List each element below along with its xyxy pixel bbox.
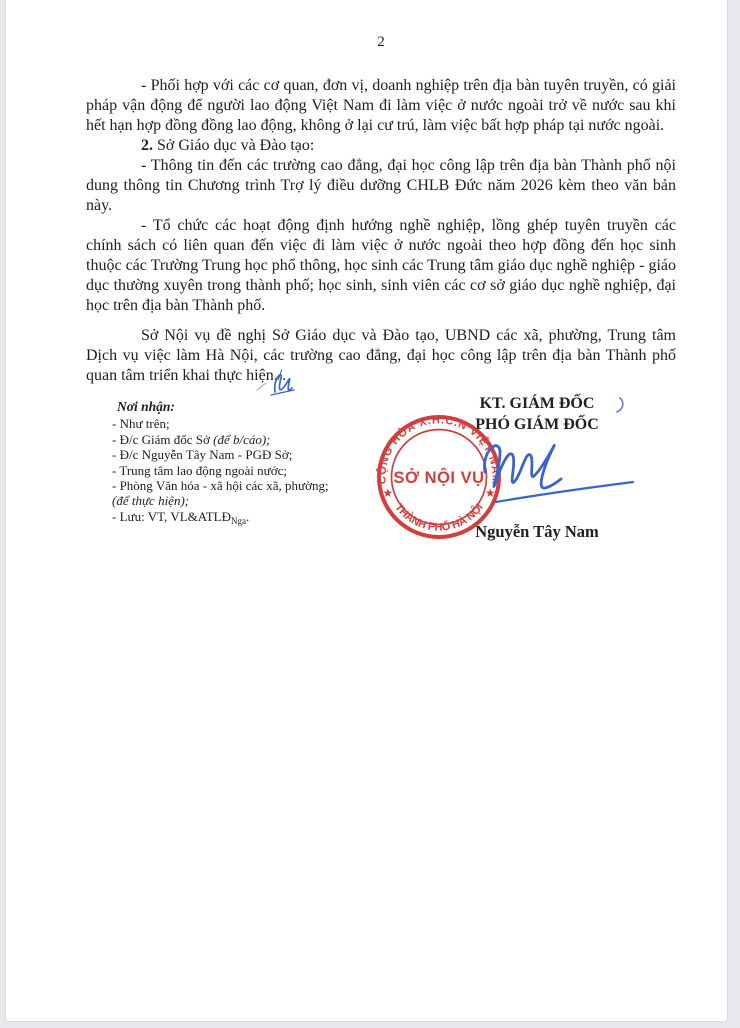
initials-paraph — [251, 366, 301, 402]
section-number: 2. — [141, 137, 153, 154]
handwritten-signature — [471, 432, 646, 512]
document-body: - Phối hợp với các cơ quan, đơn vị, doan… — [86, 76, 676, 386]
recipient-text: - Lưu: VT, VL&ATLĐ — [112, 509, 231, 524]
kt-line-pen-mark — [613, 396, 629, 414]
paragraph-thong-tin: - Thông tin đến các trường cao đẳng, đại… — [86, 156, 676, 216]
paragraph-closing: Sở Nội vụ đề nghị Sở Giáo dục và Đào tạo… — [86, 326, 676, 386]
seal-left-star-icon: ★ — [382, 486, 393, 500]
document-page: 2 - Phối hợp với các cơ quan, đơn vị, do… — [5, 0, 728, 1022]
section-title: Sở Giáo dục và Đào tạo: — [153, 137, 314, 154]
recipient-text: - Đ/c Giám đốc Sở — [112, 432, 213, 447]
paragraph-cooperation: - Phối hợp với các cơ quan, đơn vị, doan… — [86, 76, 676, 136]
paragraph-to-chuc: - Tổ chức các hoạt động định hướng nghề … — [86, 216, 676, 316]
recipient-text: . — [246, 509, 249, 524]
page-number: 2 — [86, 34, 676, 51]
recipient-clerk-initials: Nga — [231, 516, 246, 526]
section-heading-2: 2. Sở Giáo dục và Đào tạo: — [86, 136, 676, 156]
recipient-note-italic: (để b/cáo); — [213, 432, 270, 447]
